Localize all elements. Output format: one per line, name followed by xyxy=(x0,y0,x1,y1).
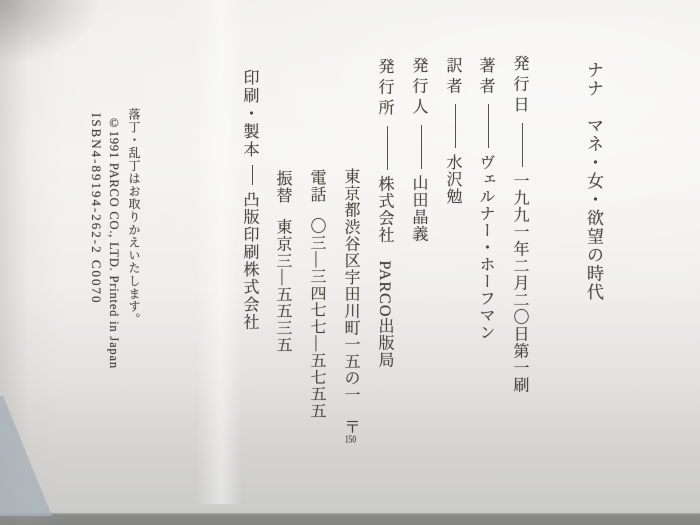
phone-row: 電話〇三—三四七七—五七五五 xyxy=(305,169,328,419)
postal-transfer-row: 振替東京三—五五三五 xyxy=(271,170,294,353)
publish-date-label: 発行日 xyxy=(511,55,528,117)
publisher-address-row: 東京都渋谷区宇田川町一五の一〒150 xyxy=(339,168,362,445)
isbn-line: ISBN4-89194-262-2 C0070 xyxy=(88,113,104,305)
dash-connector xyxy=(488,104,490,148)
translator-label: 訳者 xyxy=(444,57,461,98)
author-value: ヴェルナー・ホーフマン xyxy=(477,154,494,341)
book-colophon-page-photo: ナナ マネ・女・欲望の時代 発行日一九九一年二月二〇日第一刷 著者ヴェルナー・ホ… xyxy=(0,0,700,525)
publisher-address: 東京都渋谷区宇田川町一五の一 xyxy=(342,168,359,403)
printer-value: 凸版印刷株式会社 xyxy=(241,191,258,331)
publish-date-value: 一九九一年二月二〇日第一刷 xyxy=(511,173,528,394)
issuer-value: 山田晶義 xyxy=(410,175,427,243)
phone-number: 〇三—三四七七—五七五五 xyxy=(308,218,325,420)
publisher-label: 発行所 xyxy=(376,58,393,120)
postal-code: 150 xyxy=(345,435,356,445)
book-title: ナナ マネ・女・欲望の時代 xyxy=(581,61,606,302)
author-row: 著者ヴェルナー・ホーフマン xyxy=(474,57,497,341)
dash-connector xyxy=(387,126,389,170)
publish-date-row: 発行日一九九一年二月二〇日第一刷 xyxy=(508,55,531,394)
copyright-line: ©1991 PARCO CO., LTD. Printed in Japan xyxy=(106,116,121,369)
issuer-row: 発行人山田晶義 xyxy=(407,57,430,243)
dash-connector xyxy=(252,165,254,185)
replacement-notice: 落丁・乱丁はお取りかえいたします。 xyxy=(126,108,143,326)
printer-row: 印刷・製本凸版印刷株式会社 xyxy=(238,69,261,331)
spacer xyxy=(282,204,283,219)
translator-value: 水沢勉 xyxy=(444,154,461,205)
postal-transfer-label: 振替 xyxy=(274,170,291,204)
dash-connector xyxy=(522,123,524,167)
dash-connector xyxy=(421,125,423,169)
dash-connector xyxy=(455,104,457,148)
phone-label: 電話 xyxy=(308,169,325,203)
author-label: 著者 xyxy=(477,57,494,98)
issuer-label: 発行人 xyxy=(410,57,427,119)
postal-transfer-number: 東京三—五五三五 xyxy=(274,219,291,353)
translator-row: 訳者水沢勉 xyxy=(441,57,464,205)
page-curve-highlight xyxy=(196,0,242,504)
spacer xyxy=(350,403,351,418)
publisher-row: 発行所株式会社 PARCO出版局 xyxy=(373,58,396,368)
spacer xyxy=(316,203,317,218)
postal-mark: 〒 xyxy=(342,418,359,435)
page-topleft-shadow xyxy=(0,0,110,70)
publisher-value: 株式会社 PARCO出版局 xyxy=(376,176,393,369)
background-corner-wedge xyxy=(0,396,52,516)
printer-label: 印刷・製本 xyxy=(241,69,258,159)
